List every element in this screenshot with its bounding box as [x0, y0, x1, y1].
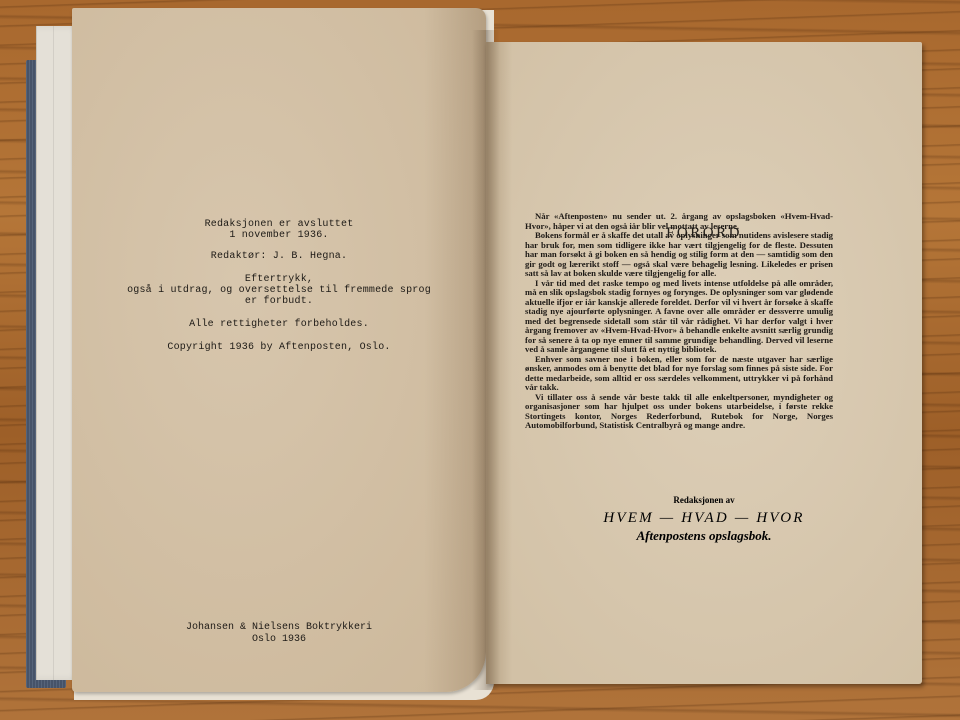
- paragraph: Enhver som savner noe i boken, eller som…: [525, 355, 833, 393]
- imprint-block: Redaksjonen er avsluttet 1 november 1936…: [72, 219, 486, 353]
- signature-subtitle: Aftenpostens opslagsbok.: [486, 528, 922, 544]
- imprint-rights: Alle rettigheter forbeholdes.: [72, 319, 486, 330]
- paragraph: Vi tillater oss å sende vår beste takk t…: [525, 393, 833, 431]
- imprint-reprint: også i utdrag, og oversettelse til fremm…: [72, 285, 486, 296]
- imprint-editor: Redaktør: J. B. Hegna.: [72, 251, 486, 262]
- imprint-reprint: Eftertrykk,: [72, 274, 486, 285]
- foreword-text: Når «Aftenposten» nu sender ut. 2. årgan…: [525, 212, 833, 431]
- paragraph: Når «Aftenposten» nu sender ut. 2. årgan…: [525, 212, 833, 231]
- signature-label: Redaksjonen av: [486, 495, 922, 505]
- signature-title: HVEM — HVAD — HVOR: [486, 510, 922, 527]
- imprint-date: 1 november 1936.: [72, 230, 486, 241]
- left-page: Redaksjonen er avsluttet 1 november 1936…: [72, 8, 486, 692]
- printer-place: Oslo 1936: [72, 634, 486, 646]
- paragraph: I vår tid med det raske tempo og med liv…: [525, 279, 833, 355]
- imprint-copyright: Copyright 1936 by Aftenposten, Oslo.: [72, 342, 486, 353]
- imprint-line: Redaksjonen er avsluttet: [72, 219, 486, 230]
- paragraph: Bokens formål er å skaffe det utall av o…: [525, 231, 833, 279]
- printer-block: Johansen & Nielsens Boktrykkeri Oslo 193…: [72, 622, 486, 646]
- printer-name: Johansen & Nielsens Boktrykkeri: [72, 622, 486, 634]
- imprint-reprint: er forbudt.: [72, 296, 486, 307]
- photo-scene: Redaksjonen er avsluttet 1 november 1936…: [0, 0, 960, 720]
